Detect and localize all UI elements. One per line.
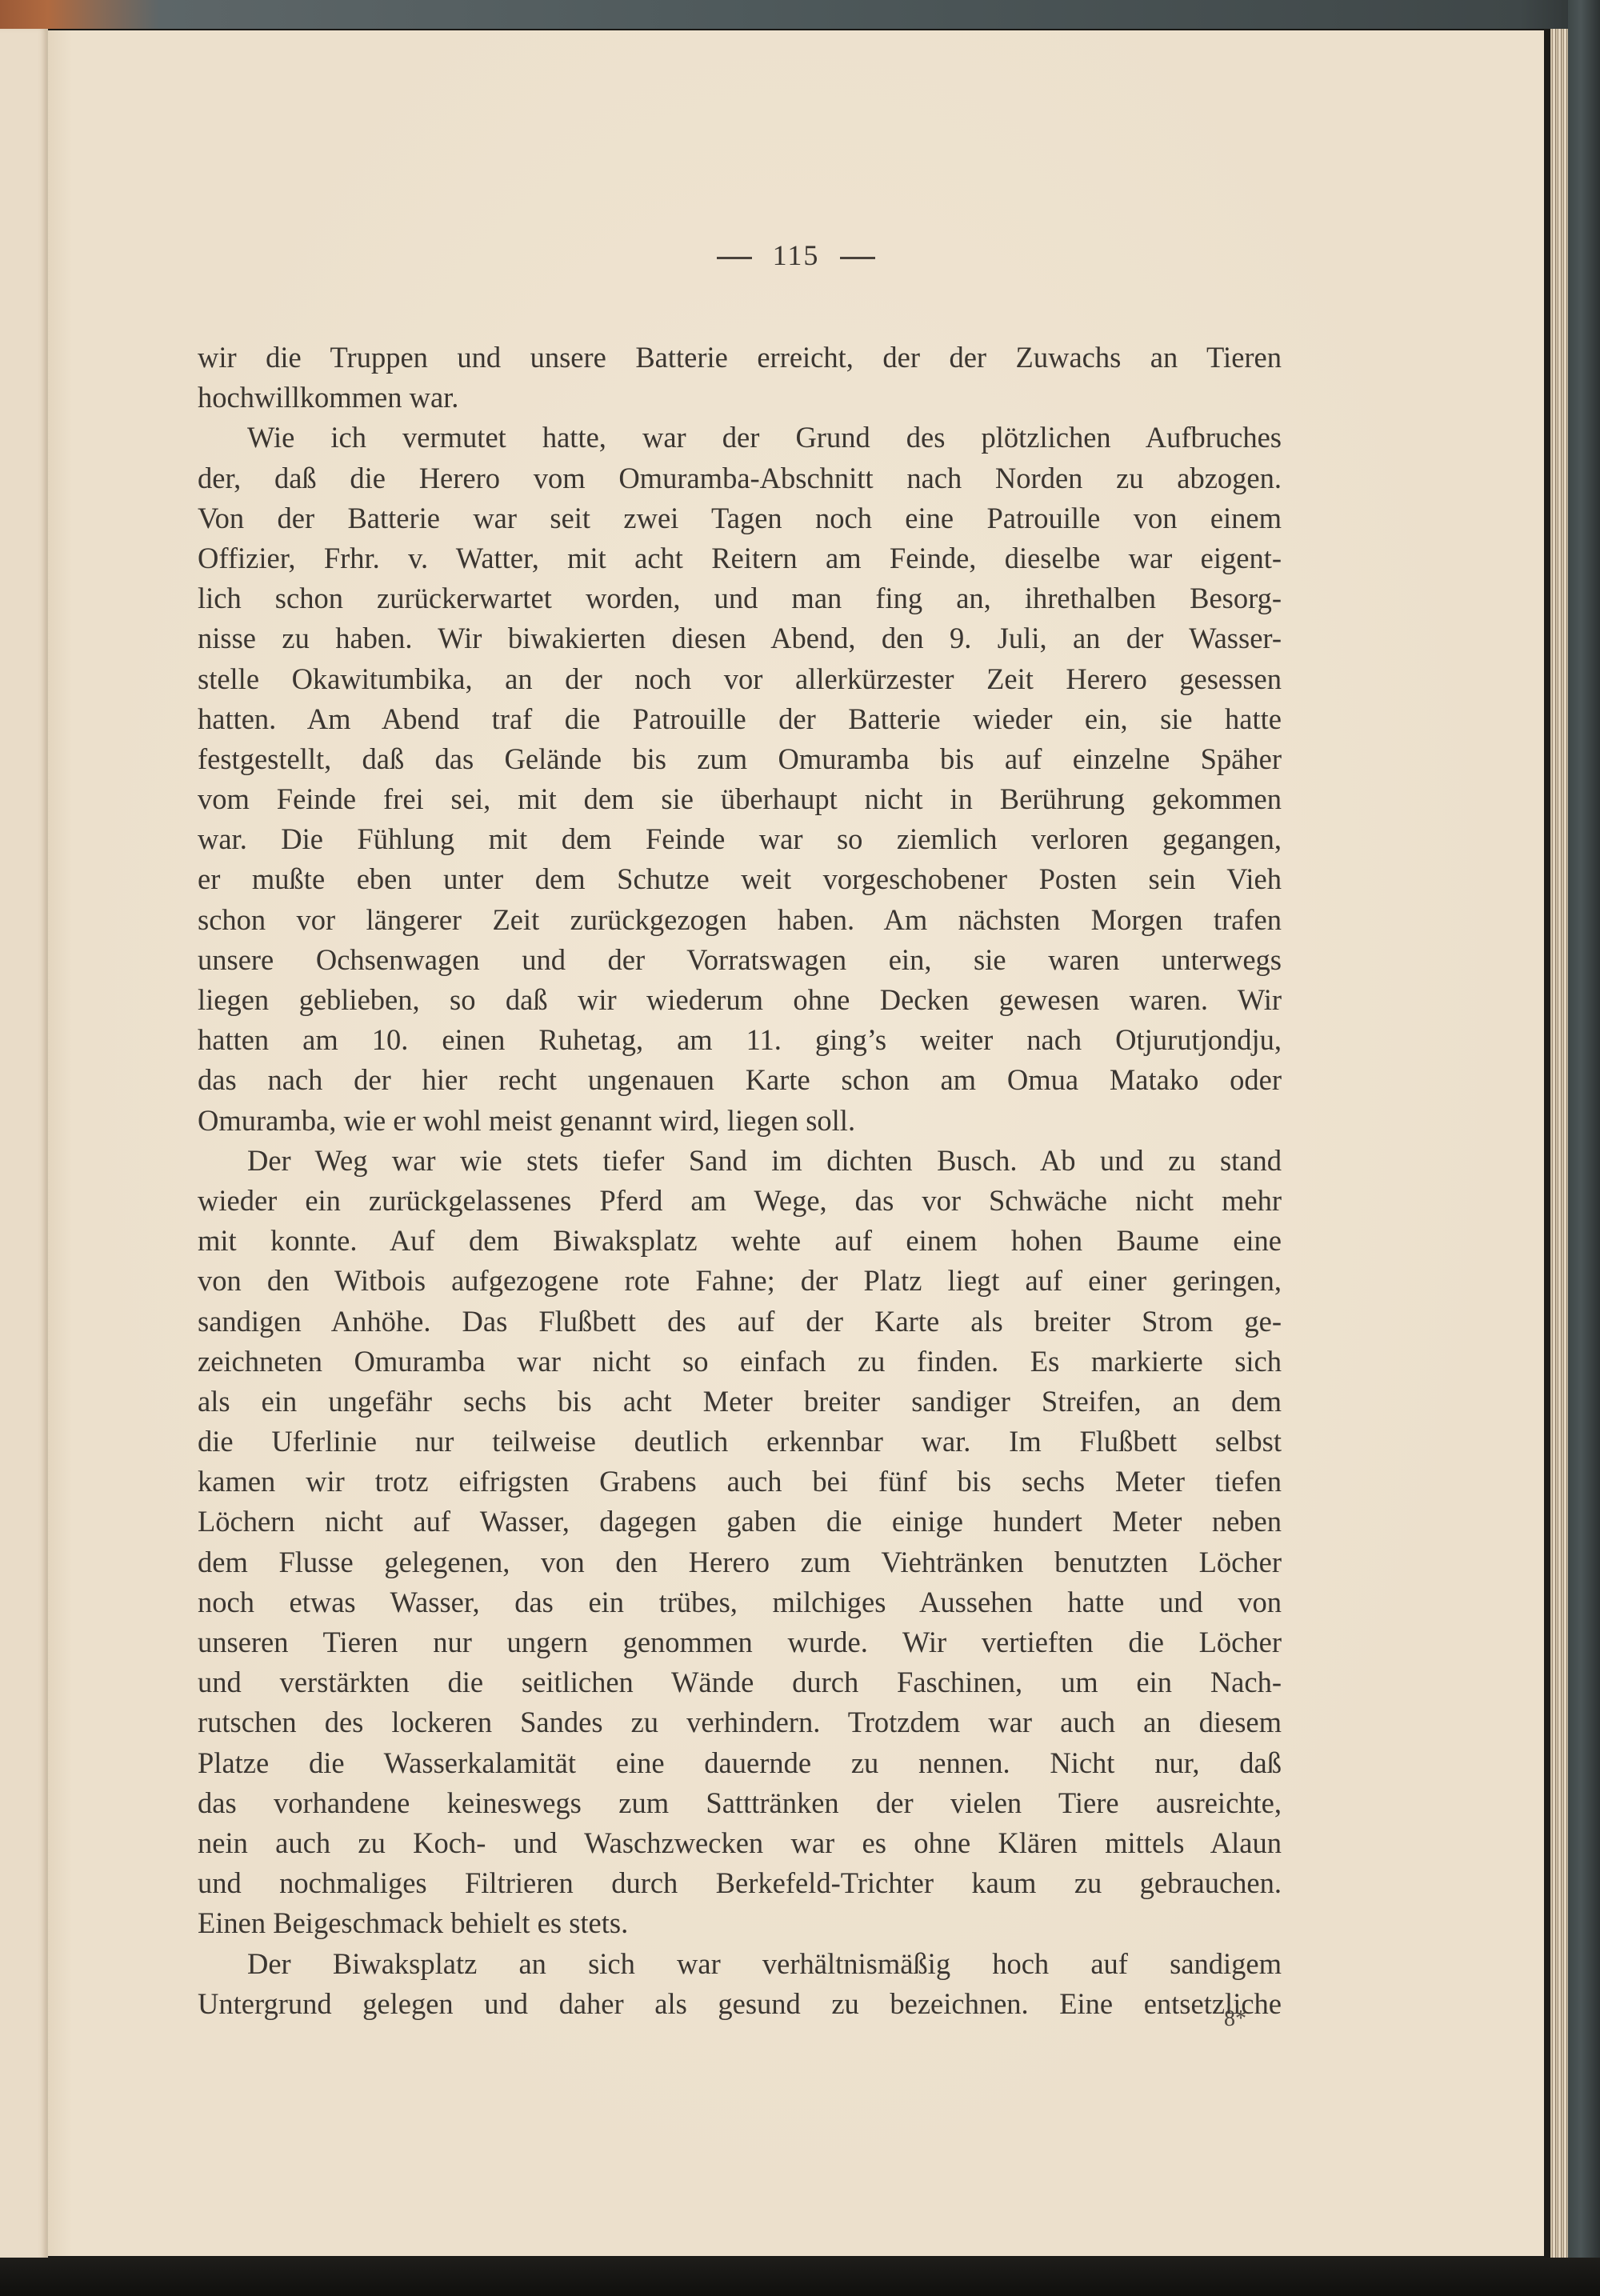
text-line: unsere Ochsenwagen und der Vorratswagen …	[198, 940, 1282, 980]
text-line: liegen geblieben, so daß wir wiederum oh…	[198, 980, 1282, 1020]
text-line: hatten. Am Abend traf die Patrouille der…	[198, 699, 1282, 739]
text-line: wir die Truppen und unsere Batterie erre…	[198, 338, 1282, 378]
text-line: Einen Beigeschmack behielt es stets.	[198, 1903, 1282, 1943]
text-line: noch etwas Wasser, das ein trübes, milch…	[198, 1582, 1282, 1622]
text-line: die Uferlinie nur teilweise deutlich erk…	[198, 1422, 1282, 1462]
text-line: schon vor längerer Zeit zurückgezogen ha…	[198, 900, 1282, 940]
text-line: er mußte eben unter dem Schutze weit vor…	[198, 859, 1282, 899]
text-line: mit konnte. Auf dem Biwaksplatz wehte au…	[198, 1221, 1282, 1261]
text-line: stelle Okawitumbika, an der noch vor all…	[198, 659, 1282, 699]
page-number: 115	[773, 239, 820, 271]
text-line: hatten am 10. einen Ruhetag, am 11. ging…	[198, 1020, 1282, 1060]
text-line: Wie ich vermutet hatte, war der Grund de…	[198, 418, 1282, 458]
text-line: war. Die Fühlung mit dem Feinde war so z…	[198, 819, 1282, 859]
text-line: nisse zu haben. Wir biwakierten diesen A…	[198, 618, 1282, 658]
text-line: rutschen des lockeren Sandes zu verhinde…	[198, 1702, 1282, 1742]
text-line: sandigen Anhöhe. Das Flußbett des auf de…	[198, 1302, 1282, 1342]
book-cover-top-edge	[0, 0, 1600, 29]
text-line: Omuramba, wie er wohl meist genannt wird…	[198, 1101, 1282, 1141]
text-line: Der Biwaksplatz an sich war verhältnismä…	[198, 1944, 1282, 1984]
page-number-header: 115	[48, 238, 1544, 272]
previous-page-edge	[0, 29, 48, 2259]
text-line: das vorhandene keineswegs zum Satttränke…	[198, 1783, 1282, 1823]
signature-mark: 8*	[1224, 2006, 1246, 2032]
text-line: hochwillkommen war.	[198, 378, 1282, 418]
body-text: wir die Truppen und unsere Batterie erre…	[198, 338, 1282, 2024]
text-line: der, daß die Herero vom Omuramba-Abschni…	[198, 458, 1282, 498]
header-dash-right	[840, 257, 875, 259]
text-line: als ein ungefähr sechs bis acht Meter br…	[198, 1382, 1282, 1422]
text-line: zeichneten Omuramba war nicht so einfach…	[198, 1342, 1282, 1382]
text-line: das nach der hier recht ungenauen Karte …	[198, 1060, 1282, 1100]
text-line: Von der Batterie war seit zwei Tagen noc…	[198, 498, 1282, 538]
page-fore-edge	[1550, 29, 1570, 2261]
text-line: festgestellt, daß das Gelände bis zum Om…	[198, 739, 1282, 779]
text-line: lich schon zurückerwartet worden, und ma…	[198, 578, 1282, 618]
text-line: nein auch zu Koch- und Waschzwecken war …	[198, 1823, 1282, 1863]
text-line: Offizier, Frhr. v. Watter, mit acht Reit…	[198, 538, 1282, 578]
text-line: wieder ein zurückgelassenes Pferd am Weg…	[198, 1181, 1282, 1221]
text-line: und nochmaliges Filtrieren durch Berkefe…	[198, 1863, 1282, 1903]
text-line: Untergrund gelegen und daher als gesund …	[198, 1984, 1282, 2024]
book-cover-right-edge	[1568, 0, 1600, 2296]
text-line: von den Witbois aufgezogene rote Fahne; …	[198, 1261, 1282, 1301]
book-page: 115 wir die Truppen und unsere Batterie …	[48, 30, 1544, 2256]
text-line: Löchern nicht auf Wasser, dagegen gaben …	[198, 1502, 1282, 1542]
text-line: kamen wir trotz eifrigsten Grabens auch …	[198, 1462, 1282, 1502]
text-line: vom Feinde frei sei, mit dem sie überhau…	[198, 779, 1282, 819]
text-line: Platze die Wasserkalamität eine dauernde…	[198, 1743, 1282, 1783]
header-dash-left	[717, 257, 752, 259]
text-line: unseren Tieren nur ungern genommen wurde…	[198, 1622, 1282, 1662]
book-cover-bottom-edge	[0, 2258, 1600, 2296]
text-line: und verstärkten die seitlichen Wände dur…	[198, 1662, 1282, 1702]
text-line: Der Weg war wie stets tiefer Sand im dic…	[198, 1141, 1282, 1181]
text-line: dem Flusse gelegenen, von den Herero zum…	[198, 1542, 1282, 1582]
